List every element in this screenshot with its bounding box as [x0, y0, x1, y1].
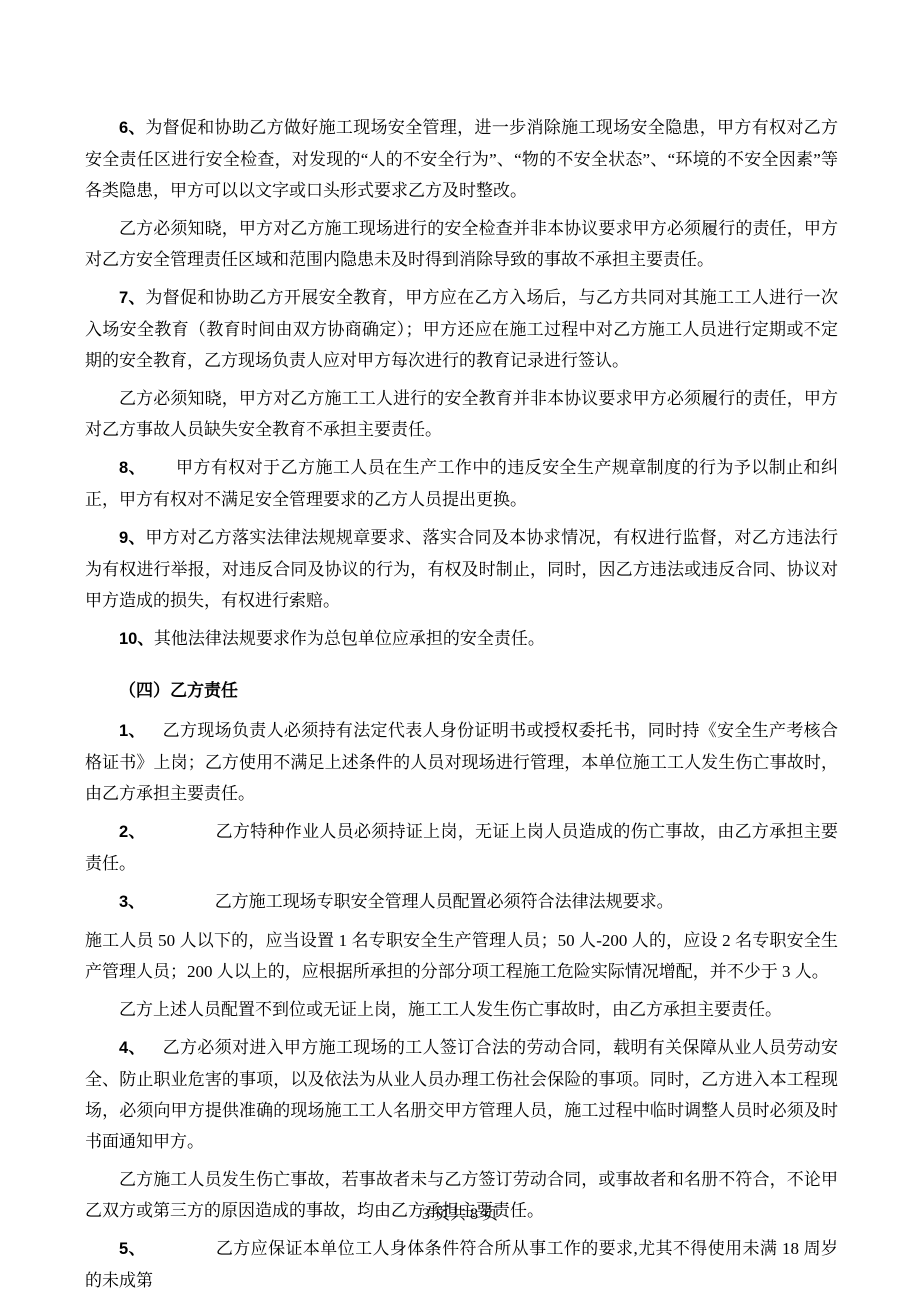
list-number: 4、	[119, 1039, 145, 1057]
paragraph: 3、乙方施工现场专职安全管理人员配置必须符合法律法规要求。	[85, 886, 838, 918]
list-number: 3、	[119, 893, 145, 911]
document-body: 6、为督促和协助乙方做好施工现场安全管理，进一步消除施工现场安全隐患，甲方有权对…	[85, 112, 838, 1296]
paragraph: 6、为督促和协助乙方做好施工现场安全管理，进一步消除施工现场安全隐患，甲方有权对…	[85, 112, 838, 206]
list-number: 7、	[119, 289, 145, 307]
tab-space	[145, 1253, 215, 1254]
document-page: 6、为督促和协助乙方做好施工现场安全管理，进一步消除施工现场安全隐患，甲方有权对…	[0, 0, 920, 1301]
paragraph: 8、甲方有权对于乙方施工人员在生产工作中的违反安全生产规章制度的行为予以制止和纠…	[85, 452, 838, 515]
paragraph: 乙方上述人员配置不到位或无证上岗，施工工人发生伤亡事故时，由乙方承担主要责任。	[85, 994, 838, 1025]
page-footer: 3 页共 8 页	[0, 1205, 920, 1225]
paragraph: 2、乙方特种作业人员必须持证上岗，无证上岗人员造成的伤亡事故，由乙方承担主要责任…	[85, 816, 838, 879]
list-number: 1、	[119, 722, 145, 740]
tab-space	[145, 735, 162, 736]
paragraph: 施工人员 50 人以下的，应当设置 1 名专职安全生产管理人员；50 人-200…	[85, 925, 838, 987]
tab-space	[146, 472, 176, 473]
paragraph: 4、乙方必须对进入甲方施工现场的工人签订合法的劳动合同，载明有关保障从业人员劳动…	[85, 1032, 838, 1157]
list-number: 6、	[119, 119, 145, 137]
list-number: 5、	[119, 1240, 145, 1258]
paragraph: 9、甲方对乙方落实法律法规规章要求、落实合同及本协求情况，有权进行监督，对乙方违…	[85, 522, 838, 616]
list-number: 10、	[119, 630, 154, 648]
paragraph: 7、为督促和协助乙方开展安全教育，甲方应在乙方入场后，与乙方共同对其施工工人进行…	[85, 282, 838, 376]
paragraph: 乙方必须知晓，甲方对乙方施工现场进行的安全检查并非本协议要求甲方必须履行的责任，…	[85, 213, 838, 275]
tab-space	[145, 1052, 162, 1053]
paragraph: 5、乙方应保证本单位工人身体条件符合所从事工作的要求,尤其不得使用未满 18 周…	[85, 1233, 838, 1296]
paragraph: 1、乙方现场负责人必须持有法定代表人身份证明书或授权委托书，同时持《安全生产考核…	[85, 715, 838, 809]
list-number: 8、	[119, 459, 146, 477]
tab-space	[145, 836, 215, 837]
paragraph: 10、其他法律法规要求作为总包单位应承担的安全责任。	[85, 623, 838, 655]
paragraph: 乙方必须知晓，甲方对乙方施工工人进行的安全教育并非本协议要求甲方必须履行的责任，…	[85, 383, 838, 445]
section-heading: （四）乙方责任	[85, 675, 838, 706]
tab-space	[145, 906, 215, 907]
list-number: 2、	[119, 823, 145, 841]
list-number: 9、	[119, 529, 145, 547]
